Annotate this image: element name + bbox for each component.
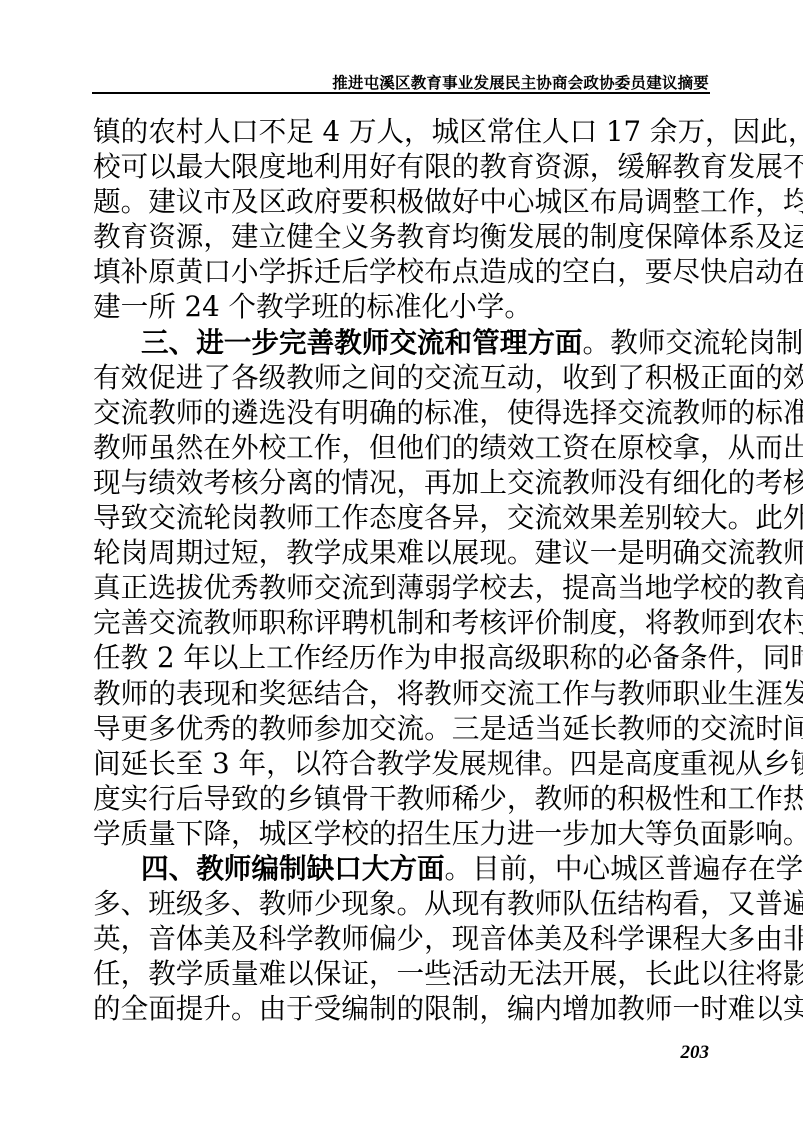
text-line: 填补原黄口小学拆迁后学校布点造成的空白，要尽快启动在江南新城新 (93, 254, 709, 289)
text-line: 学质量下降，城区学校的招生压力进一步加大等负面影响。 (93, 816, 709, 851)
section-first-line: 四、教师编制缺口大方面。目前，中心城区普遍存在学校学生数量 (93, 851, 709, 886)
section-heading: 三、进一步完善教师交流和管理方面 (141, 326, 583, 359)
text-line: 导致交流轮岗教师工作态度各异，交流效果差别较大。此外，教师交流 (93, 500, 709, 535)
text-line: 教师的表现和奖惩结合，将教师交流工作与教师职业生涯发展挂钩，引 (93, 676, 709, 711)
text-line: 教师虽然在外校工作，但他们的绩效工资在原校拿，从而出现了工作表 (93, 430, 709, 465)
text-line: 校可以最大限度地利用好有限的教育资源，缓解教育发展不均衡的问 (93, 149, 709, 184)
text-line: 现与绩效考核分离的情况，再加上交流教师没有细化的考核奖惩制度， (93, 465, 709, 500)
paragraph-section-4: 四、教师编制缺口大方面。目前，中心城区普遍存在学校学生数量 多、班级多、教师少现… (93, 851, 709, 1026)
text-line: 真正选拔优秀教师交流到薄弱学校去，提高当地学校的教育水平。二是 (93, 570, 709, 605)
paragraph-section-3: 三、进一步完善教师交流和管理方面。教师交流轮岗制度实施以来， 有效促进了各级教师… (93, 325, 709, 851)
text-line: 完善交流教师职称评聘机制和考核评价制度，将教师到农村、薄弱学校 (93, 605, 709, 640)
section-heading: 四、教师编制缺口大方面 (141, 852, 445, 885)
section-first-line-text: 。教师交流轮岗制度实施以来， (583, 326, 803, 359)
header-rule (92, 92, 710, 94)
text-line: 交流教师的遴选没有明确的标准，使得选择交流教师的标准不一。交流 (93, 395, 709, 430)
text-line: 任，教学质量难以保证，一些活动无法开展，长此以往将影响学生素质 (93, 956, 709, 991)
section-first-line-text: 。目前，中心城区普遍存在学校学生数量 (445, 852, 803, 885)
page-number: 203 (640, 1043, 709, 1063)
text-line: 题。建议市及区政府要积极做好中心城区布局调整工作，均衡配置全区 (93, 184, 709, 219)
section-first-line: 三、进一步完善教师交流和管理方面。教师交流轮岗制度实施以来， (93, 325, 709, 360)
text-line: 镇的农村人口不足 4 万人，城区常住人口 17 余万，因此，合理设置学 (93, 114, 709, 149)
text-line: 任教 2 年以上工作经历作为申报高级职称的必备条件，同时还应将交流 (93, 640, 709, 675)
text-line: 有效促进了各级教师之间的交流互动，收到了积极正面的效果。但由于 (93, 360, 709, 395)
text-line: 导更多优秀的教师参加交流。三是适当延长教师的交流时间，将交流时 (93, 711, 709, 746)
page-body: 镇的农村人口不足 4 万人，城区常住人口 17 余万，因此，合理设置学 校可以最… (93, 114, 709, 1026)
text-line: 英，音体美及科学教师偏少，现音体美及科学课程大多由非专业教师兼 (93, 921, 709, 956)
text-line: 度实行后导致的乡镇骨干教师稀少，教师的积极性和工作热情下降，教 (93, 781, 709, 816)
text-line: 间延长至 3 年，以符合教学发展规律。四是高度重视从乡镇选调教师制 (93, 746, 709, 781)
text-line: 建一所 24 个教学班的标准化小学。 (93, 289, 709, 324)
running-header-title: 推进屯溪区教育事业发展民主协商会政协委员建议摘要 (93, 74, 709, 92)
text-line: 教育资源，建立健全义务教育均衡发展的制度保障体系及运行机制。为 (93, 219, 709, 254)
text-line: 多、班级多、教师少现象。从现有教师队伍结构看，又普遍偏重于语数 (93, 886, 709, 921)
text-line: 的全面提升。由于受编制的限制，编内增加教师一时难以实现。为解决 (93, 991, 709, 1026)
paragraph-continuation: 镇的农村人口不足 4 万人，城区常住人口 17 余万，因此，合理设置学 校可以最… (93, 114, 709, 325)
text-line: 轮岗周期过短，教学成果难以展现。建议一是明确交流教师的遴选标准， (93, 535, 709, 570)
